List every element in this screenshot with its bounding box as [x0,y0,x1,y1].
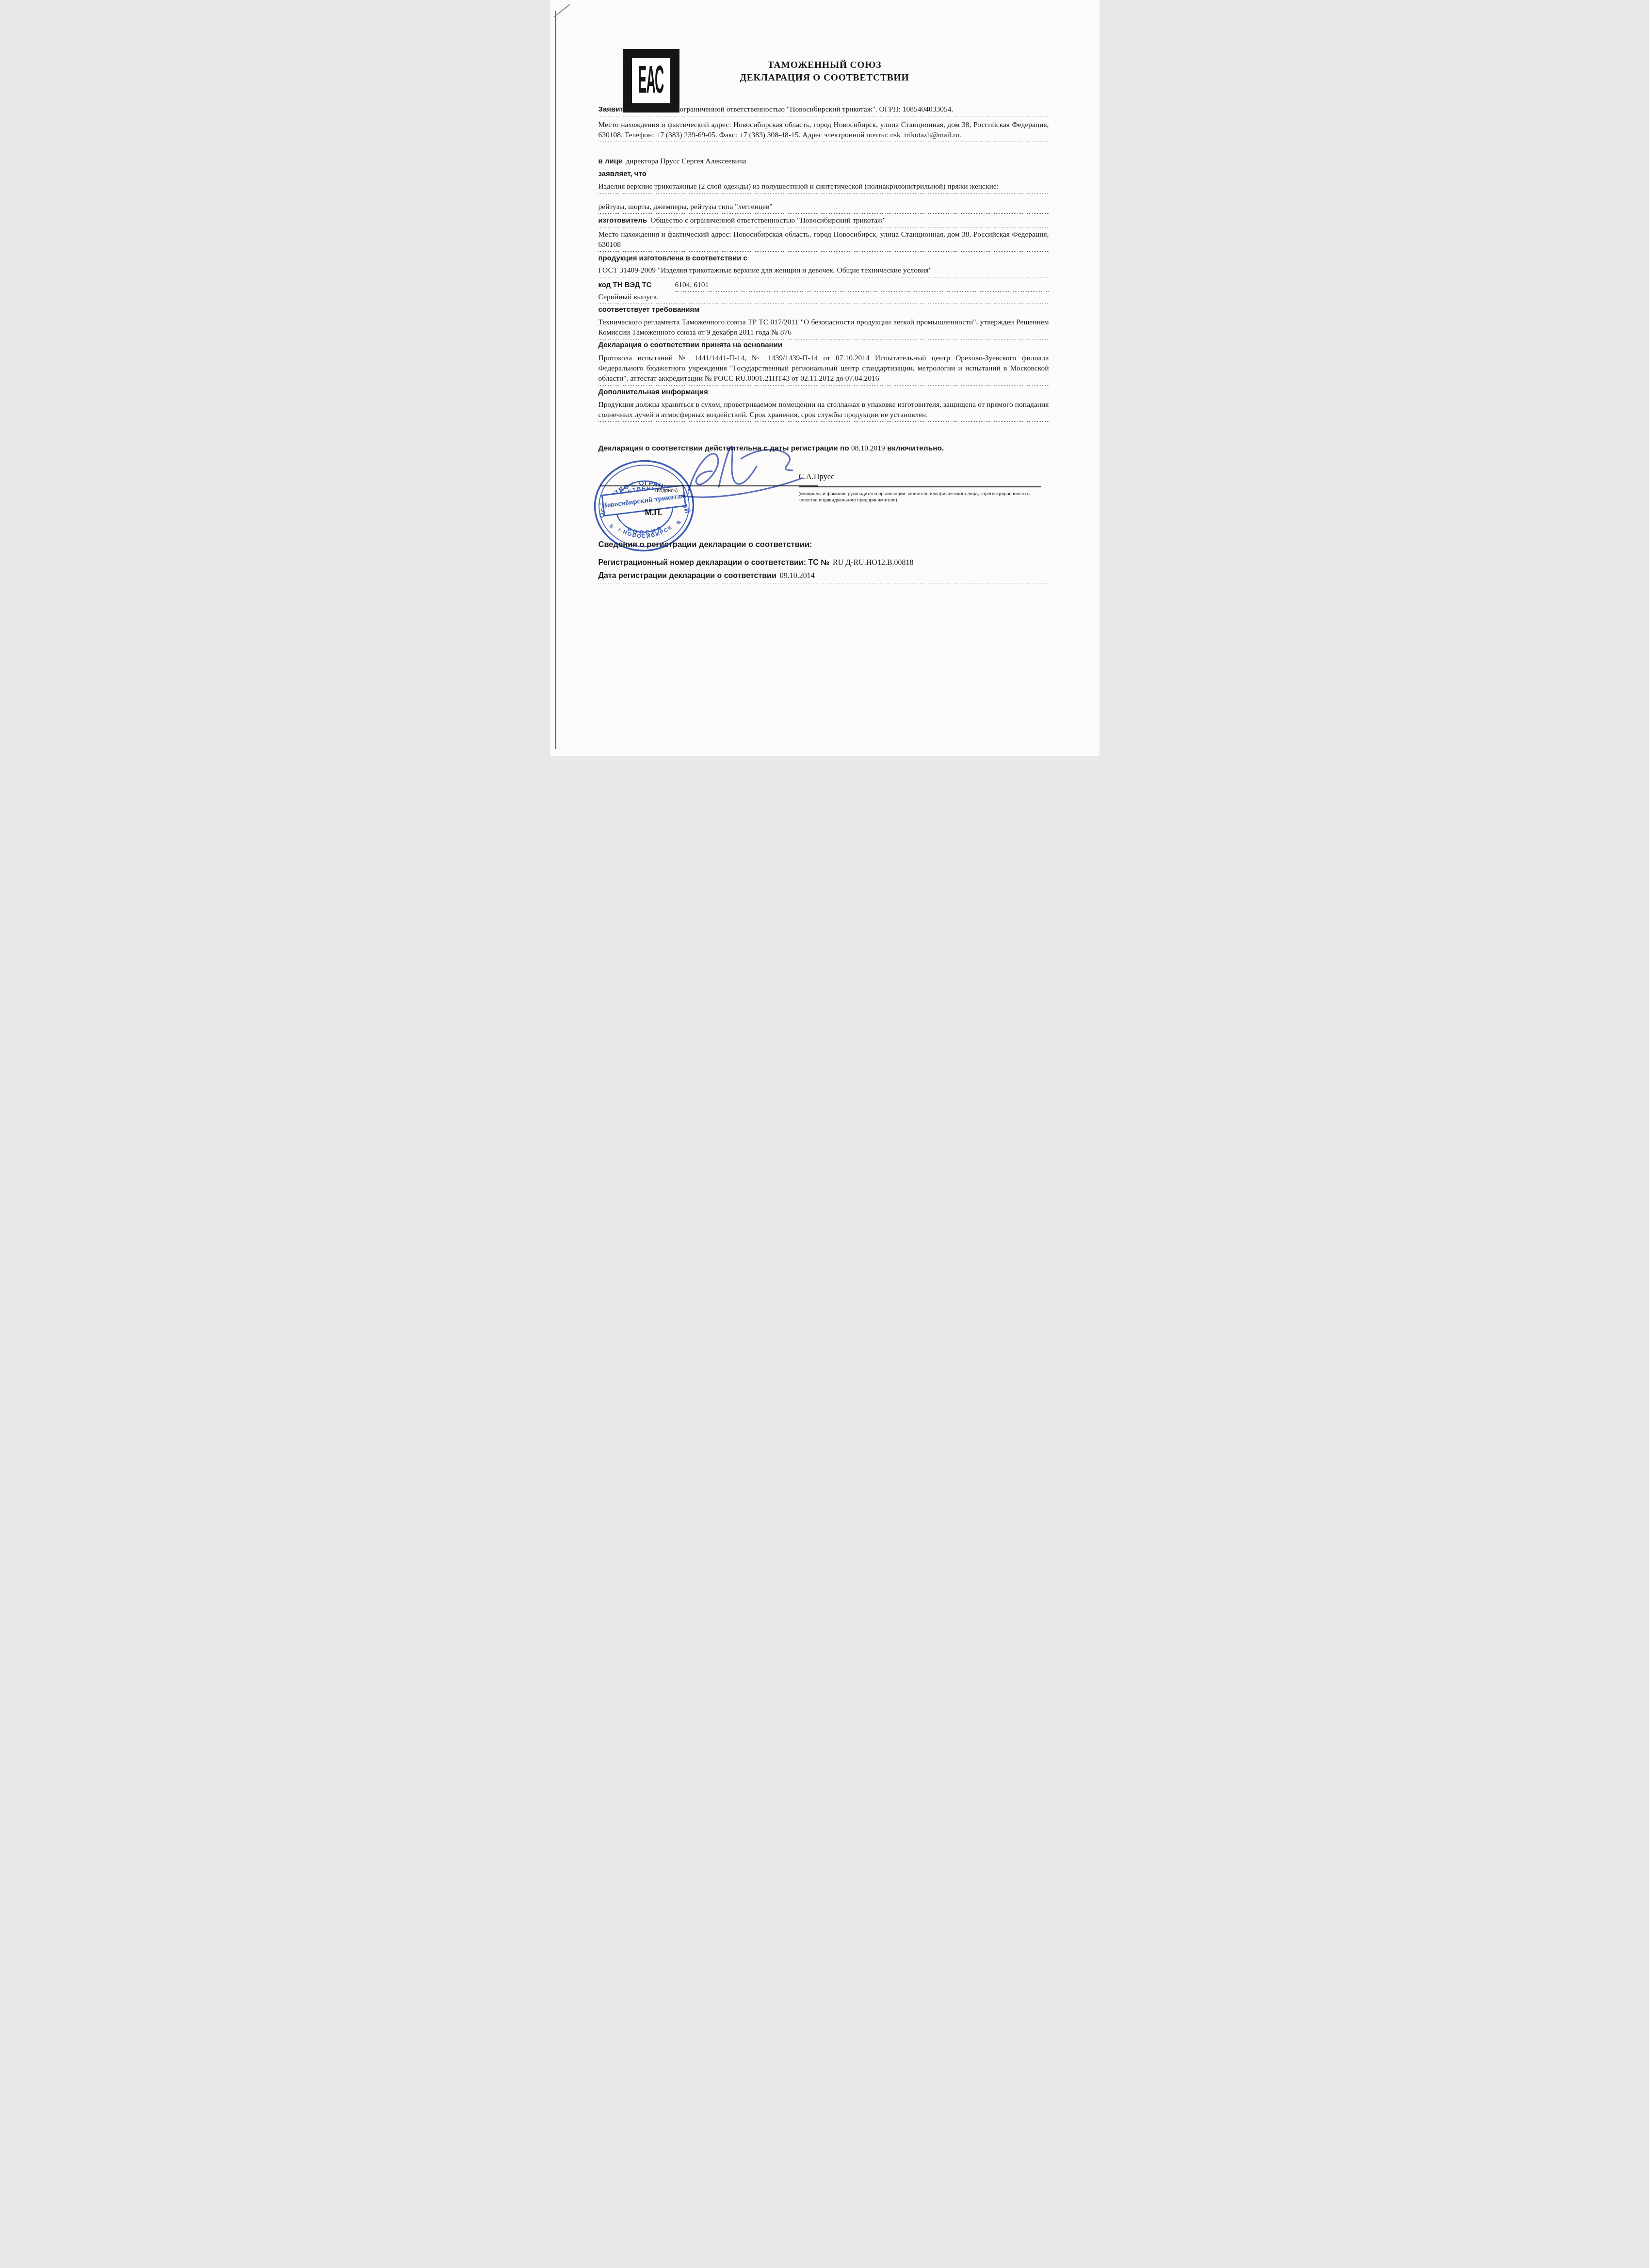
made-according-header: продукция изготовлена в соответствии с [598,253,1049,263]
stamp-star-left: ✳ [608,523,614,531]
manufacturer-label: изготовитель [598,216,647,225]
field-registration-number: Регистрационный номер декларации о соотв… [598,558,1049,568]
registration-number-value: RU Д-RU.НО12.В.00818 [833,559,913,567]
handwritten-signature [672,442,813,505]
validity-suffix: включительно. [887,444,944,452]
field-gost: ГОСТ 31409-2009 "Изделия трикотажные вер… [598,265,1049,275]
field-serial: Серийный выпуск. [598,292,1049,302]
registration-number-label: Регистрационный номер декларации о соотв… [598,559,830,567]
field-in-person: в лицедиректора Прусс Сергея Алексеевича [598,156,1049,166]
field-product-list: рейтузы, шорты, джемперы, рейтузы типа "… [598,202,1049,212]
in-person-value: директора Прусс Сергея Алексеевича [626,157,746,165]
field-basis: Протокола испытаний № 1441/1441-П-14, № … [598,353,1049,384]
basis-header: Декларация о соответствии принята на осн… [598,340,1049,350]
title-line-1: ТАМОЖЕННЫЙ СОЮЗ [550,59,1099,72]
head-name-line [799,486,1041,487]
field-manufacturer-address: Место нахождения и фактический адрес: Но… [598,229,1049,250]
field-manufacturer: изготовительОбщество с ограниченной отве… [598,215,1049,225]
field-registration-date: Дата регистрации декларации о соответств… [598,571,1049,581]
field-validity: Декларация о соответствии действительна … [598,443,1049,453]
field-applicant: ЗаявительОбщество с ограниченной ответст… [598,104,1049,114]
additional-header: Дополнительная информация [598,387,1049,397]
field-tnved: код ТН ВЭД ТС 6104, 6101 [598,280,1049,290]
field-product-description: Изделия верхние трикотажные (2 слой одеж… [598,181,1049,192]
registration-info-title: Сведения о регистрации декларации о соот… [598,540,812,549]
title-line-2: ДЕКЛАРАЦИЯ О СООТВЕТСТВИИ [550,72,1099,84]
declaration-document: ЕАС ТАМОЖЕННЫЙ СОЮЗ ДЕКЛАРАЦИЯ О СООТВЕТ… [550,0,1099,756]
head-name-caption: (инициалы и фамилия руководителя организ… [799,491,1044,503]
applicant-label: Заявитель [598,105,637,113]
scan-edge-artifact [555,11,556,749]
tnved-value: 6104, 6101 [675,280,1049,290]
tnved-label: код ТН ВЭД ТС [598,280,675,290]
validity-date: 08.10.2019 [851,444,885,452]
registration-date-label: Дата регистрации декларации о соответств… [598,572,776,580]
manufacturer-value: Общество с ограниченной ответственностью… [650,216,886,225]
applicant-value: Общество с ограниченной ответственностью… [640,105,953,113]
in-person-label: в лице [598,157,623,165]
field-complies: Технического регламента Таможенного союз… [598,317,1049,338]
stamp-star-right: ✳ [675,519,681,527]
registration-date-value: 09.10.2014 [780,572,815,580]
field-additional: Продукция должна храниться в сухом, пров… [598,400,1049,420]
document-title: ТАМОЖЕННЫЙ СОЮЗ ДЕКЛАРАЦИЯ О СООТВЕТСТВИ… [550,59,1099,84]
complies-header: соответствует требованиям [598,305,1049,315]
declares-header: заявляет, что [598,169,1049,179]
field-applicant-address: Место нахождения и фактический адрес: Но… [598,120,1049,140]
